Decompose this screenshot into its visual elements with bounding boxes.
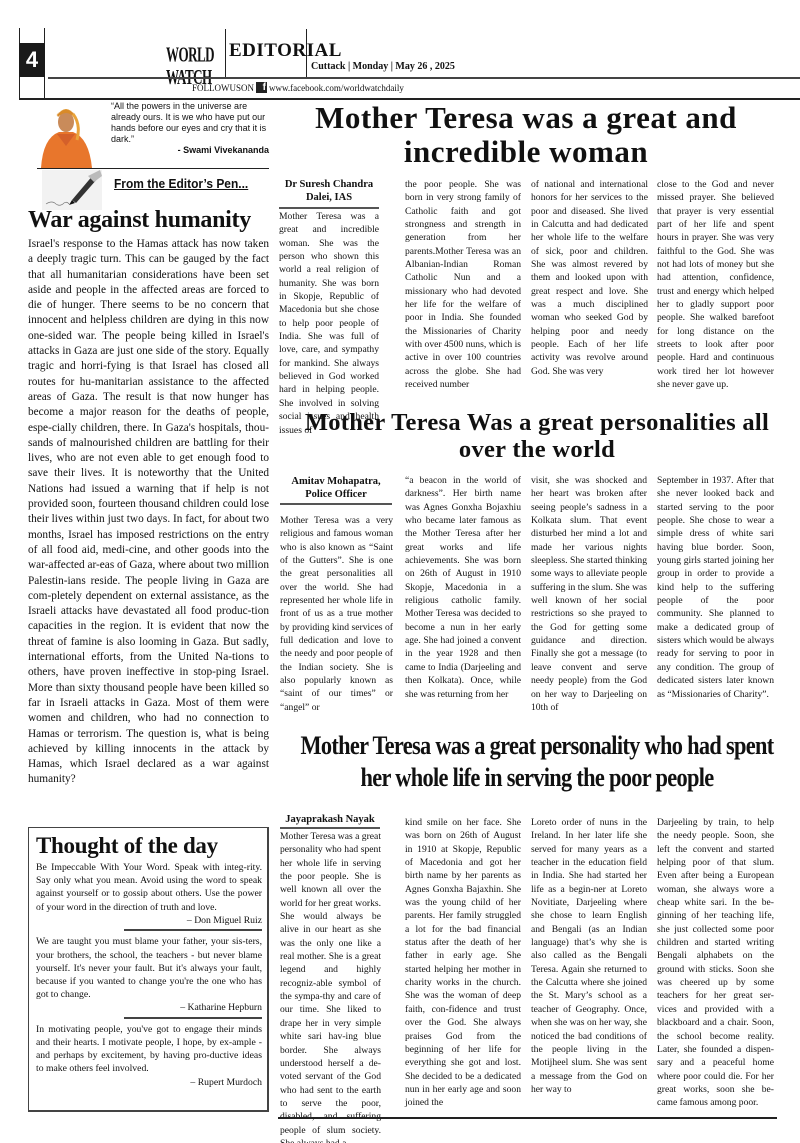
facebook-icon[interactable]: f (256, 82, 267, 93)
article-2-column-3: visit, she was shocked and her heart was… (531, 474, 647, 714)
article-3-byline: Jayaprakash Nayak (280, 813, 380, 826)
article-3-headline-text: Mother Teresa was a great personality wh… (283, 730, 790, 794)
editorial-headline: War against humanity (28, 207, 251, 234)
fountain-pen-icon (42, 170, 102, 210)
article-1-byline: Dr Suresh Chandra Dalei, IAS (279, 178, 379, 204)
article-2-headline: Mother Teresa Was a great personalities … (284, 409, 790, 463)
page-number: 4 (19, 43, 45, 77)
article-3-column-2: kind smile on her face. She was born on … (405, 816, 521, 1110)
divider (124, 929, 262, 931)
masthead: 4 WORLD WATCH EDITORIAL Cuttack | Monday… (0, 0, 800, 100)
article-2-column-1: Mother Teresa was a very religious and f… (280, 514, 393, 714)
section-title: EDITORIAL (229, 40, 342, 62)
quote-text: “All the powers in the universe are alre… (111, 101, 269, 145)
article-3-column-3: Loreto order of nuns in the Ireland. In … (531, 816, 647, 1096)
article-3-headline: Mother Teresa was a great personality wh… (319, 730, 754, 794)
article-3-column-4: Darjeeling by train, to help the needy p… (657, 816, 774, 1110)
header-divider (225, 29, 226, 77)
byline-rule (280, 503, 392, 505)
article-3-column-1: Mother Teresa was a great personality wh… (280, 830, 381, 1143)
thought-author: – Katharine Hepburn (36, 1001, 262, 1015)
byline-rule (280, 827, 380, 829)
dateline: Cuttack | Monday | May 26 , 2025 (311, 61, 455, 72)
logo-word-1: WORLD (166, 42, 214, 66)
editors-pen-kicker: From the Editor’s Pen... (114, 176, 248, 191)
article-1-column-2: the poor people. She was born in very st… (405, 178, 521, 392)
vivekananda-portrait-icon (37, 100, 95, 168)
quote-author: - Swami Vivekananda (111, 145, 269, 155)
article-2-byline: Amitav Mohapatra, Police Officer (280, 475, 392, 501)
thought-quote: In motivating people, you've got to enga… (36, 1023, 262, 1076)
facebook-link[interactable]: www.facebook.com/worldwatchdaily (269, 83, 404, 93)
header-divider (306, 29, 307, 77)
byline-rule (279, 207, 379, 209)
page-bottom-rule (278, 1117, 777, 1119)
thought-of-the-day-box: Thought of the day Be Impeccable With Yo… (28, 827, 269, 1112)
follow-us-bar: FOLLOWUSON f www.facebook.com/worldwatch… (192, 82, 404, 93)
thought-quote: Be Impeccable With Your Word. Speak with… (36, 861, 262, 914)
article-1-column-1: Mother Teresa was a great and incredible… (279, 210, 379, 437)
editorial-body: Israel's response to the Hamas attack ha… (28, 237, 269, 788)
thought-author: – Rupert Murdoch (36, 1076, 262, 1090)
thought-author: – Don Miguel Ruiz (36, 914, 262, 928)
article-1-column-4: close to the God and never missed prayer… (657, 178, 774, 392)
divider (37, 168, 269, 169)
divider (124, 1017, 262, 1019)
header-rule (48, 77, 800, 79)
thought-of-the-day-title: Thought of the day (36, 833, 262, 859)
article-1-column-3: of national and international honors for… (531, 178, 648, 378)
article-2-column-2: “a beacon in the world of darkness”. Her… (405, 474, 521, 701)
article-1-headline: Mother Teresa was a great and incredible… (285, 101, 767, 169)
thought-quote: We are taught you must blame your father… (36, 935, 262, 1001)
article-2-column-4: September in 1937. After that she never … (657, 474, 774, 701)
follow-label: FOLLOWUSON (192, 83, 254, 93)
